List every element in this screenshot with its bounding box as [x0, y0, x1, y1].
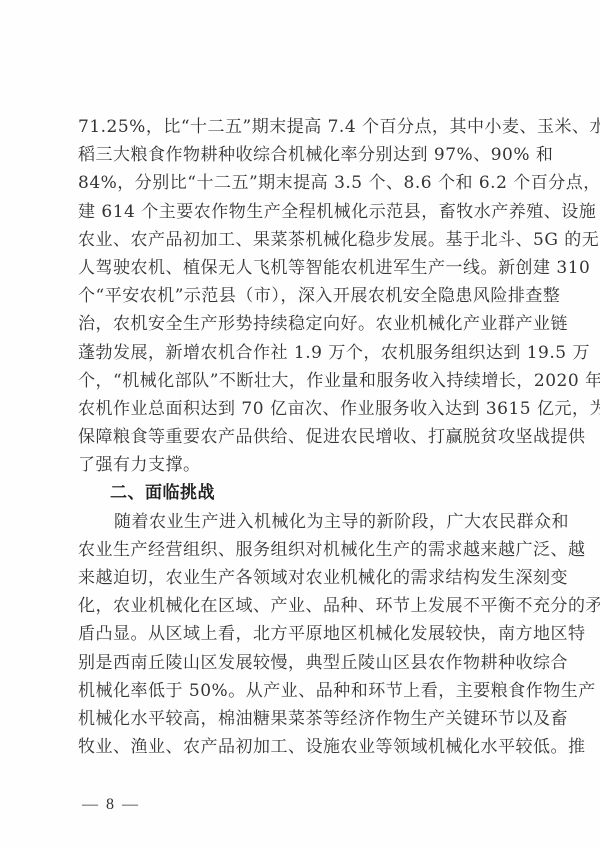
text-line: 个，“机械化部队”不断壮大，作业量和服务收入持续增长，2020 年 [78, 367, 524, 395]
section-heading: 二、面临挑战 [78, 479, 524, 507]
text-line: 治，农机安全生产形势持续稳定向好。农业机械化产业群产业链 [78, 310, 524, 338]
text-line: 稻三大粮食作物耕种收综合机械化率分别达到 97%、90% 和 [78, 141, 524, 169]
text-line: 随着农业生产进入机械化为主导的新阶段，广大农民群众和 [78, 508, 524, 536]
text-line: 机械化水平较高，棉油糖果菜茶等经济作物生产关键环节以及畜 [78, 705, 524, 733]
document-body: 71.25%，比“十二五”期末提高 7.4 个百分点，其中小麦、玉米、水 稻三大… [78, 113, 524, 761]
paragraph-challenges: 随着农业生产进入机械化为主导的新阶段，广大农民群众和 农业生产经营组织、服务组织… [78, 508, 524, 762]
text-line: 建 614 个主要农作物生产全程机械化示范县，畜牧水产养殖、设施 [78, 198, 524, 226]
text-line: 盾凸显。从区域上看，北方平原地区机械化发展较快，南方地区特 [78, 620, 524, 648]
text-line: 了强有力支撑。 [78, 451, 524, 479]
text-line: 农业生产经营组织、服务组织对机械化生产的需求越来越广泛、越 [78, 536, 524, 564]
text-line: 机械化率低于 50%。从产业、品种和环节上看，主要粮食作物生产 [78, 677, 524, 705]
text-line: 农机作业总面积达到 70 亿亩次、作业服务收入达到 3615 亿元，为 [78, 395, 524, 423]
text-line: 化，农业机械化在区域、产业、品种、环节上发展不平衡不充分的矛 [78, 592, 524, 620]
text-line: 人驾驶农机、植保无人飞机等智能农机进军生产一线。新创建 310 [78, 254, 524, 282]
text-line: 别是西南丘陵山区发展较慢，典型丘陵山区县农作物耕种收综合 [78, 649, 524, 677]
text-line: 牧业、渔业、农产品初加工、设施农业等领域机械化水平较低。推 [78, 733, 524, 761]
text-line: 蓬勃发展，新增农机合作社 1.9 万个，农机服务组织达到 19.5 万 [78, 339, 524, 367]
text-line: 保障粮食等重要农产品供给、促进农民增收、打赢脱贫攻坚战提供 [78, 423, 524, 451]
document-page: 71.25%，比“十二五”期末提高 7.4 个百分点，其中小麦、玉米、水 稻三大… [0, 0, 600, 847]
text-line: 农业、农产品初加工、果菜茶机械化稳步发展。基于北斗、5G 的无 [78, 226, 524, 254]
text-line: 84%，分别比“十二五”期末提高 3.5 个、8.6 个和 6.2 个百分点，创 [78, 169, 524, 197]
text-line: 来越迫切，农业生产各领域对农业机械化的需求结构发生深刻变 [78, 564, 524, 592]
text-line: 71.25%，比“十二五”期末提高 7.4 个百分点，其中小麦、玉米、水 [78, 113, 524, 141]
text-line: 个“平安农机”示范县（市），深入开展农机安全隐患风险排查整 [78, 282, 524, 310]
page-number: — 8 — [82, 794, 140, 816]
paragraph-achievements: 71.25%，比“十二五”期末提高 7.4 个百分点，其中小麦、玉米、水 稻三大… [78, 113, 524, 479]
